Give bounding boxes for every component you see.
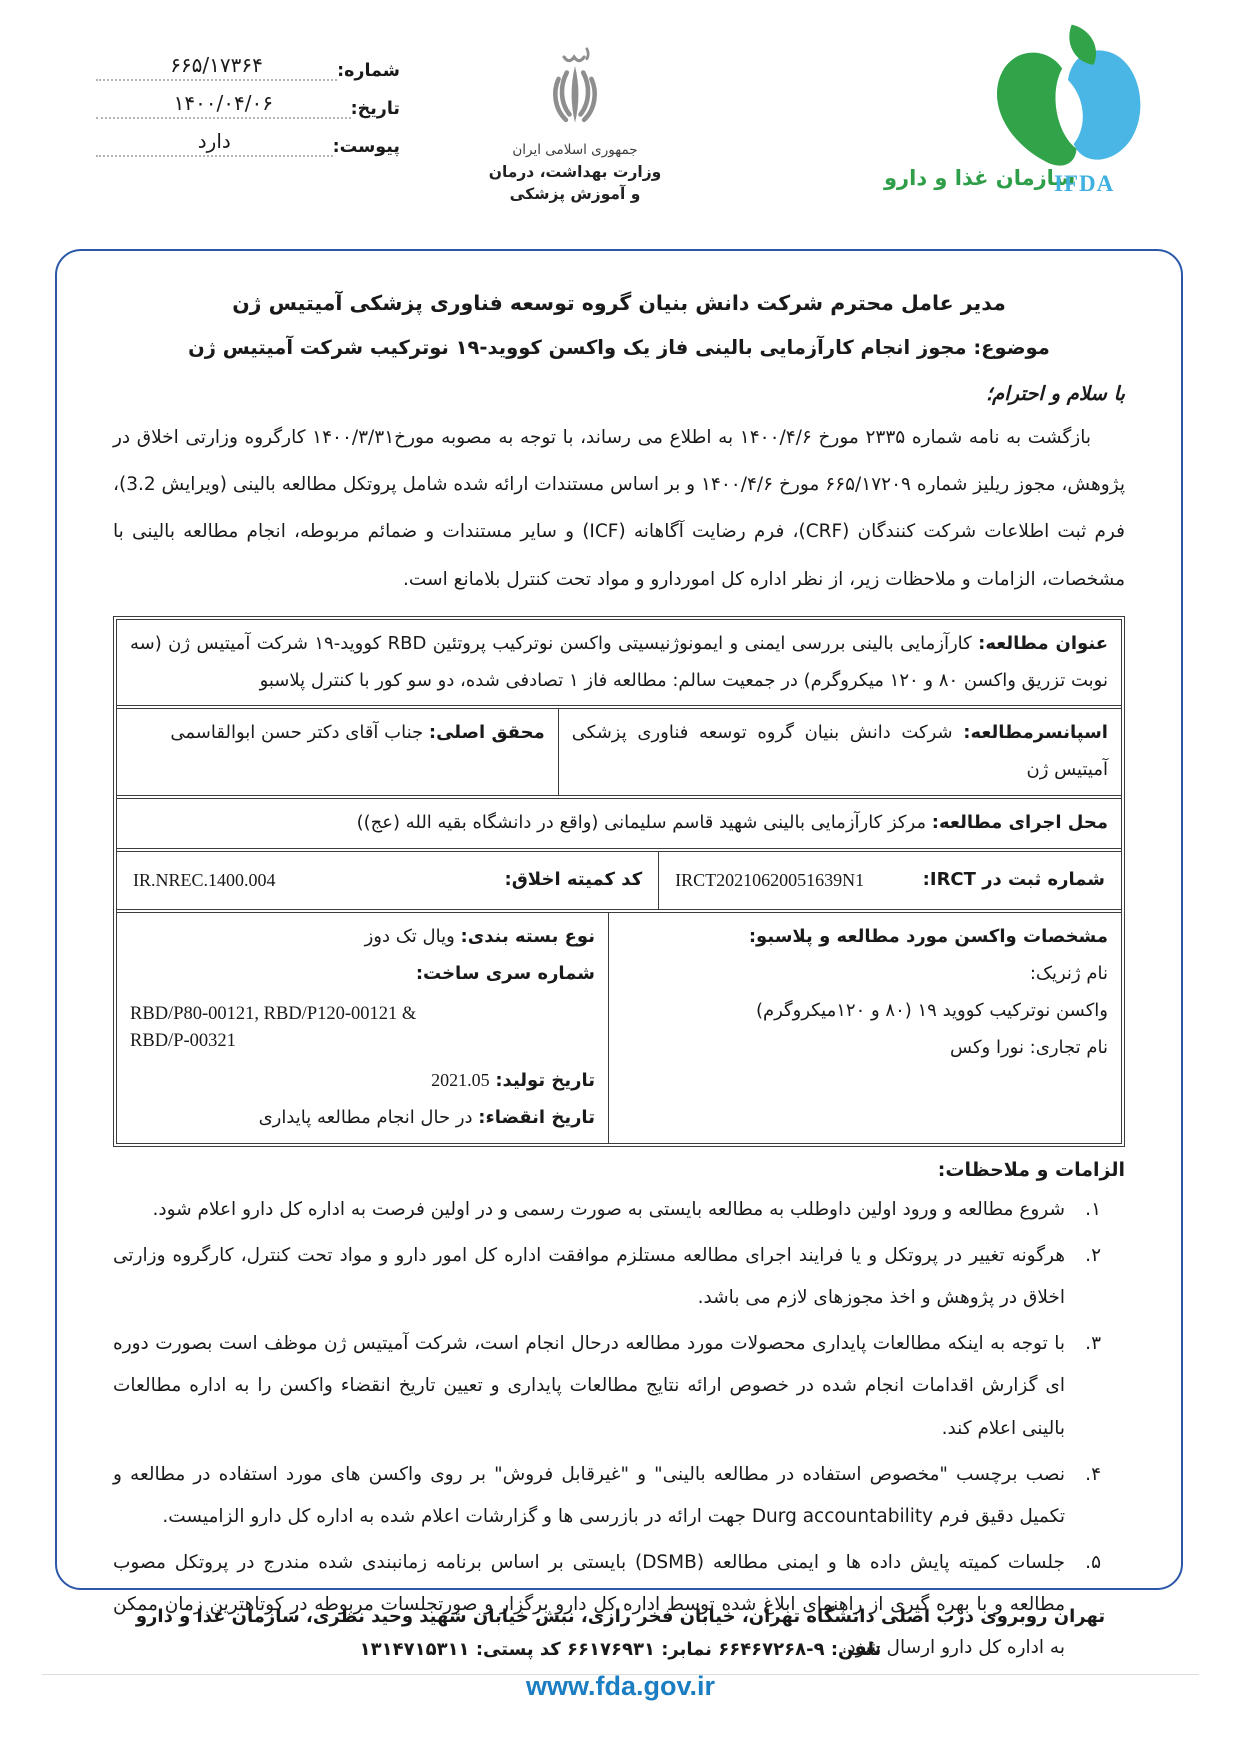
table-row-vaccine-specs: مشخصات واکسن مورد مطالعه و پلاسبو: نام ژ… [117, 909, 1121, 1143]
table-row-site: محل اجرای مطالعه: مرکز کارآزمایی بالینی … [117, 795, 1121, 848]
ethics-code-label: کد کمیته اخلاق: [505, 862, 643, 899]
ministry-header-block: جمهوری اسلامی ایران وزارت بهداشت، درمان … [452, 42, 698, 206]
letter-body-box: مدیر عامل محترم شرکت دانش بنیان گروه توس… [55, 249, 1183, 1590]
requirements-heading: الزامات و ملاحظات: [113, 1159, 1125, 1181]
letter-footer: تهران روبروی درب اصلی دانشگاه تهران، خیا… [0, 1606, 1241, 1702]
irct-label: شماره ثبت در IRCT: [923, 862, 1105, 899]
sponsor-label: اسپانسرمطالعه: [963, 722, 1108, 743]
requirement-number: ۳. [1065, 1323, 1101, 1366]
ethics-code-value: IR.NREC.1400.004 [133, 862, 276, 899]
expiry-date-label: تاریخ انقضاء: [478, 1107, 595, 1128]
footer-contact: تلفن: ۹-۶۶۴۶۷۲۶۸ نمابر: ۶۶۱۷۶۹۳۱ کد پستی… [0, 1639, 1241, 1660]
letter-date-row: تاریخ: ۱۴۰۰/۰۴/۰۶ [92, 90, 400, 119]
requirement-text: شروع مطالعه و ورود اولین داوطلب به مطالع… [113, 1189, 1065, 1232]
requirement-number: ۲. [1065, 1235, 1101, 1278]
letter-date-label: تاریخ: [351, 99, 400, 119]
letter-attachment-row: پیوست: دارد [92, 128, 400, 157]
batch-number-value-2: RBD/P-00321 [130, 1028, 595, 1055]
ifda-logo-block: سازمان غذا و دارو IFDA [858, 18, 1184, 214]
batch-number-value-1: RBD/P80-00121, RBD/P120-00121 & [130, 1001, 595, 1028]
table-row-registration: شماره ثبت در IRCT: IRCT20210620051639N1 … [117, 848, 1121, 909]
generic-name-label: نام ژنریک: [622, 956, 1108, 993]
recipient-line: مدیر عامل محترم شرکت دانش بنیان گروه توس… [113, 291, 1125, 315]
letter-date-value: ۱۴۰۰/۰۴/۰۶ [96, 90, 351, 119]
vaccine-specs-header: مشخصات واکسن مورد مطالعه و پلاسبو: [622, 919, 1108, 956]
study-details-table: عنوان مطالعه: کارآزمایی بالینی بررسی ایم… [113, 616, 1125, 1148]
gov-title-ministry: وزارت بهداشت، درمان [452, 161, 698, 183]
letter-attachment-label: پیوست: [333, 137, 400, 157]
expiry-date-value: در حال انجام مطالعه پایداری [259, 1107, 473, 1128]
letter-number-value: ۶۶۵/۱۷۳۶۴ [96, 52, 337, 81]
packaging-label: نوع بسته بندی: [461, 926, 595, 947]
letter-reference-block: شماره: ۶۶۵/۱۷۳۶۴ تاریخ: ۱۴۰۰/۰۴/۰۶ پیوست… [92, 52, 400, 166]
gov-title-ministry-2: و آموزش پزشکی [452, 183, 698, 205]
requirement-number: ۱. [1065, 1189, 1101, 1232]
iran-emblem-icon [534, 42, 616, 134]
table-row-sponsor-pi: اسپانسرمطالعه: شرکت دانش بنیان گروه توسع… [117, 705, 1121, 795]
footer-address: تهران روبروی درب اصلی دانشگاه تهران، خیا… [0, 1606, 1241, 1627]
subject-line: موضوع: مجوز انجام کارآزمایی بالینی فاز ی… [113, 336, 1125, 359]
table-row-title: عنوان مطالعه: کارآزمایی بالینی بررسی ایم… [117, 620, 1121, 706]
manufacture-date-value: 2021.05 [431, 1070, 490, 1090]
salutation-line: با سلام و احترام؛ [113, 382, 1125, 405]
requirement-item-1: ۱. شروع مطالعه و ورود اولین داوطلب به مط… [113, 1189, 1125, 1232]
packaging-value: ویال تک دوز [365, 926, 455, 947]
principal-investigator-label: محقق اصلی: [429, 722, 545, 743]
principal-investigator-value: جناب آقای دکتر حسن ابوالقاسمی [170, 722, 423, 743]
letter-number-row: شماره: ۶۶۵/۱۷۳۶۴ [92, 52, 400, 81]
study-site-value: مرکز کارآزمایی بالینی شهید قاسم سلیمانی … [357, 812, 927, 833]
requirement-number: ۴. [1065, 1454, 1101, 1497]
irct-value: IRCT20210620051639N1 [675, 862, 864, 899]
requirement-item-2: ۲. هرگونه تغییر در پروتکل و یا فرایند اج… [113, 1235, 1125, 1320]
requirement-text: نصب برچسب "مخصوص استفاده در مطالعه بالین… [113, 1454, 1065, 1539]
study-site-label: محل اجرای مطالعه: [932, 812, 1108, 833]
ifda-english-wordmark: IFDA [1054, 171, 1114, 197]
footer-website: www.fda.gov.ir [0, 1671, 1241, 1702]
manufacture-date-label: تاریخ تولید: [495, 1070, 595, 1091]
requirement-number: ۵. [1065, 1542, 1101, 1585]
ifda-apple-logo-icon [980, 18, 1152, 186]
study-title-label: عنوان مطالعه: [978, 633, 1108, 654]
requirement-item-4: ۴. نصب برچسب "مخصوص استفاده در مطالعه با… [113, 1454, 1125, 1539]
ifda-persian-wordmark: سازمان غذا و دارو [884, 166, 1075, 190]
requirement-text: هرگونه تغییر در پروتکل و یا فرایند اجرای… [113, 1235, 1065, 1320]
brand-name-line: نام تجاری: نورا وکس [622, 1030, 1108, 1067]
letter-body-paragraph: بازگشت به نامه شماره ۲۳۳۵ مورخ ۱۴۰۰/۴/۶ … [113, 414, 1125, 603]
letter-attachment-value: دارد [96, 128, 333, 157]
study-title-value: کارآزمایی بالینی بررسی ایمنی و ایمونوژنی… [130, 633, 1108, 691]
batch-number-label: شماره سری ساخت: [130, 956, 595, 993]
letter-number-label: شماره: [337, 61, 400, 81]
gov-title-republic: جمهوری اسلامی ایران [452, 142, 698, 158]
scanned-letter-page: شماره: ۶۶۵/۱۷۳۶۴ تاریخ: ۱۴۰۰/۰۴/۰۶ پیوست… [0, 0, 1241, 1754]
requirement-text: با توجه به اینکه مطالعات پایداری محصولات… [113, 1323, 1065, 1451]
generic-name-value: واکسن نوترکیب کووید ۱۹ (۸۰ و ۱۲۰میکروگرم… [622, 993, 1108, 1030]
requirement-item-3: ۳. با توجه به اینکه مطالعات پایداری محصو… [113, 1323, 1125, 1451]
